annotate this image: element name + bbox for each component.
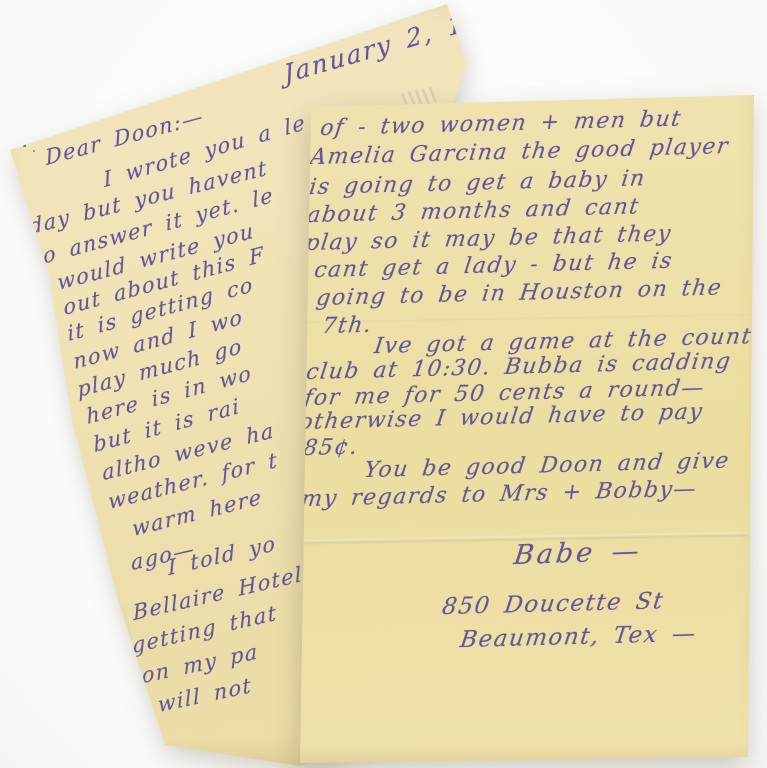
address-line: 850 Doucette St	[441, 588, 666, 620]
letter-photo: January 2, 1935 Dear Doon:— I wrote you …	[0, 0, 767, 768]
signature: Babe —	[512, 536, 644, 572]
right-page: of - two women + men but Amelia Garcina …	[0, 0, 767, 768]
handwriting-line: 7th.	[321, 313, 374, 339]
handwriting-line: my regards to Mrs + Bobby—	[300, 477, 699, 512]
address-line: Beaumont, Tex —	[459, 621, 699, 653]
handwriting-line: 85¢.	[302, 435, 360, 462]
right-page-shadow: of - two women + men but Amelia Garcina …	[0, 0, 767, 768]
